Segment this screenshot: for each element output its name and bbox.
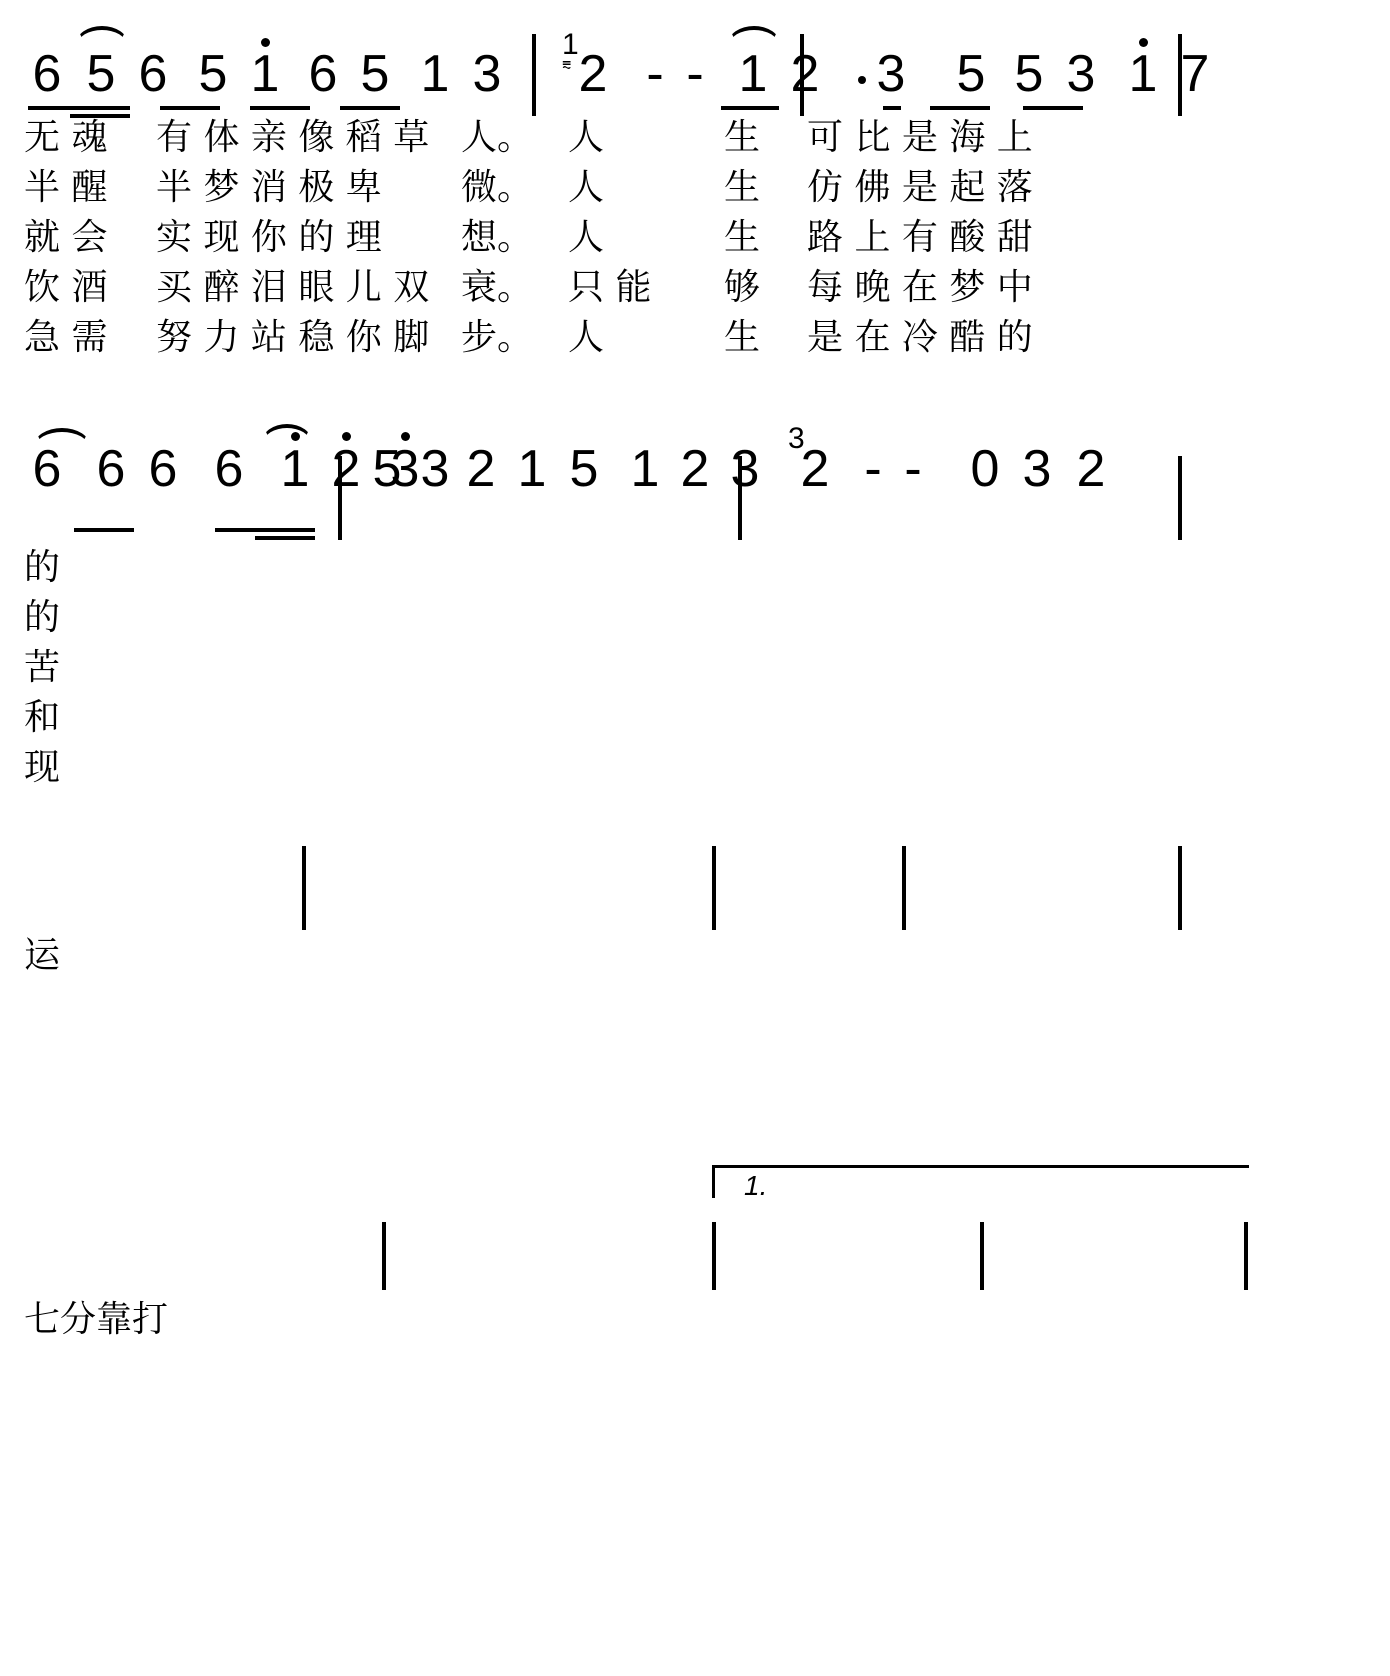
note: 5: [198, 48, 228, 100]
lyric-segment: 生: [724, 118, 760, 158]
lyric-segment: 现: [24, 748, 60, 788]
note-high: 2: [800, 443, 830, 495]
note-high: 2: [466, 443, 496, 495]
lyric-segment: 半 梦 消 极 卑: [156, 168, 382, 208]
lyric-segment: 就 会: [24, 218, 107, 258]
slur: [728, 26, 780, 44]
lyric-segment: 步。: [461, 318, 533, 358]
note: 5: [1014, 48, 1044, 100]
high-octave-dot: [1139, 38, 1148, 47]
note: 6: [32, 48, 62, 100]
barline: [902, 846, 906, 930]
note-high: 1: [630, 443, 660, 495]
volta-label: 1.: [744, 1170, 767, 1202]
underline-eighth: [883, 106, 901, 110]
barline: [1178, 846, 1182, 930]
note: 6: [32, 443, 62, 495]
note: 3: [876, 48, 906, 100]
note-rest: 0: [970, 443, 1000, 495]
note: 5: [86, 48, 116, 100]
lyric-segment: 实 现 你 的 理: [156, 218, 382, 258]
note-high: 1: [250, 48, 280, 100]
barline: [800, 34, 804, 116]
note: 2: [790, 48, 820, 100]
volta-bracket: [712, 1165, 1249, 1198]
note-high: 2: [331, 443, 361, 495]
lyric-segment: 路 上 有 酸 甜: [807, 218, 1033, 258]
lyric-segment: 无 魂: [24, 118, 107, 158]
lyric-segment: 人: [568, 318, 604, 358]
underline-eighth: [215, 528, 315, 532]
note: 3: [472, 48, 502, 100]
barline: [302, 846, 306, 930]
grace-note: 1: [562, 30, 579, 60]
note-high: 3: [730, 443, 760, 495]
note: 6: [214, 443, 244, 495]
lyric-segment: 微。: [461, 168, 533, 208]
lyric-segment: 只 能: [568, 268, 651, 308]
note-high: 2: [680, 443, 710, 495]
lyric-segment: 想。: [461, 218, 533, 258]
barline: [712, 846, 716, 930]
underline-eighth: [74, 528, 134, 532]
barline: [338, 456, 342, 540]
note: 7: [1180, 48, 1210, 100]
note: 6: [308, 48, 338, 100]
lyric-segment: 急 需: [24, 318, 107, 358]
underline-eighth: [1023, 106, 1083, 110]
note: 6: [96, 443, 126, 495]
note-high: 3: [420, 443, 450, 495]
dash: -: [640, 48, 670, 100]
barline: [712, 1222, 716, 1290]
note-high: 5: [372, 443, 402, 495]
note: 2: [578, 48, 608, 100]
lyric-segment: 每 晚 在 梦 中: [807, 268, 1033, 308]
barline: [1178, 34, 1182, 116]
lyric-segment: 有 体 亲 像 稻 草: [156, 118, 429, 158]
lyric-segment: 生: [724, 218, 760, 258]
dash: -: [680, 48, 710, 100]
slur: [34, 428, 90, 446]
note: 5: [360, 48, 390, 100]
grace-mark-icon: ⩳: [562, 58, 571, 74]
note-high: 1: [280, 443, 310, 495]
lyric-segment: 的: [24, 548, 60, 588]
augmentation-dot: [858, 76, 866, 84]
note: 6: [148, 443, 178, 495]
lyric-segment: 可 比 是 海 上: [807, 118, 1033, 158]
note: 3: [1066, 48, 1096, 100]
lyric-segment: 人: [568, 118, 604, 158]
note-high: 1: [517, 443, 547, 495]
underline-eighth: [250, 106, 310, 110]
note: 5: [956, 48, 986, 100]
lyric-segment: 的: [24, 598, 60, 638]
lyric-segment: 半 醒: [24, 168, 107, 208]
high-octave-dot: [342, 432, 351, 441]
lyric-segment: 和: [24, 698, 60, 738]
note-high: 3: [1022, 443, 1052, 495]
lyric-segment: 人: [568, 168, 604, 208]
lyric-segment: 苦: [24, 648, 60, 688]
lyric-segment: 生: [724, 318, 760, 358]
note: 1: [420, 48, 450, 100]
underline-sixteenth: [255, 536, 315, 540]
lyric-segment: 七分靠打: [24, 1300, 168, 1340]
note-high: 2: [1076, 443, 1106, 495]
lyric-segment: 运: [24, 936, 60, 976]
underline-eighth: [160, 106, 220, 110]
lyric-segment: 生: [724, 168, 760, 208]
barline: [382, 1222, 386, 1290]
note: 6: [138, 48, 168, 100]
lyric-segment: 人。: [461, 118, 533, 158]
lyric-segment: 努 力 站 稳 你 脚: [156, 318, 429, 358]
underline-eighth: [340, 106, 400, 110]
slur: [262, 424, 312, 442]
barline: [532, 34, 536, 116]
lyric-segment: 仿 佛 是 起 落: [807, 168, 1033, 208]
dash: -: [858, 443, 888, 495]
note-high: 1: [1128, 48, 1158, 100]
high-octave-dot: [401, 432, 410, 441]
note: 5: [569, 443, 599, 495]
high-octave-dot: [261, 38, 270, 47]
underline-eighth: [930, 106, 990, 110]
underline-eighth: [28, 106, 130, 110]
lyric-segment: 饮 酒: [24, 268, 107, 308]
barline: [1178, 456, 1182, 540]
lyric-segment: 买 醉 泪 眼 儿 双: [156, 268, 429, 308]
barline: [738, 456, 742, 540]
note: 1: [738, 48, 768, 100]
slur: [76, 26, 128, 44]
underline-eighth: [721, 106, 779, 110]
dash: -: [898, 443, 928, 495]
barline: [980, 1222, 984, 1290]
lyric-segment: 衰。: [461, 268, 533, 308]
barline: [1244, 1222, 1248, 1290]
jianpu-score: 6 5 6 5 1 6 5 1 3 1 ⩳ 2 - - 1 2 3 5 5 3 …: [0, 0, 1390, 1676]
lyric-segment: 人: [568, 218, 604, 258]
lyric-segment: 是 在 冷 酷 的: [807, 318, 1033, 358]
lyric-segment: 够: [724, 268, 760, 308]
